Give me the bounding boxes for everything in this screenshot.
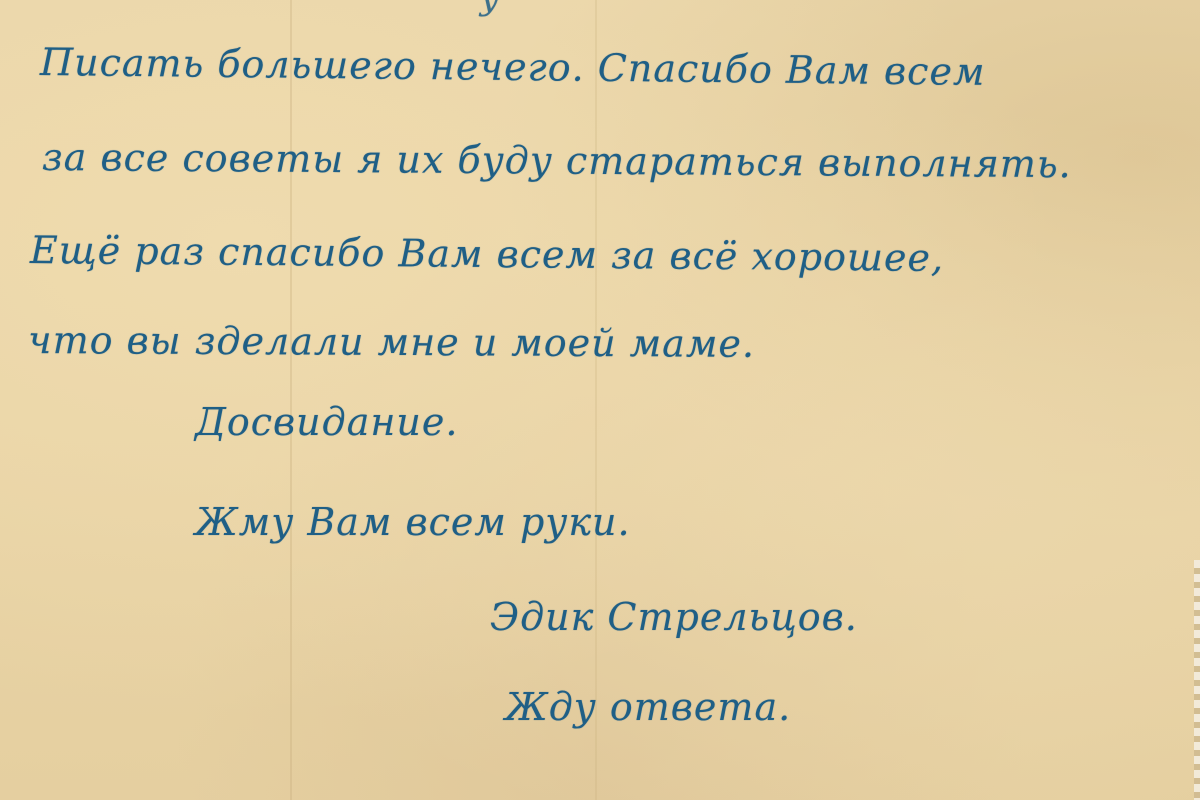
- perforated-edge: [1194, 560, 1200, 800]
- letter-line-1: Писать большего нечего. Спасибо Вам всем: [40, 40, 986, 94]
- farewell-line: Досвидание.: [195, 400, 458, 444]
- letter-line-2: за все советы я их буду стараться выполн…: [42, 135, 1072, 186]
- signature: Эдик Стрельцов.: [490, 595, 858, 639]
- cut-off-text-fragment: у: [480, 0, 501, 18]
- letter-line-4: что вы зделали мне и моей маме.: [28, 318, 755, 366]
- letter-paper: у Писать большего нечего. Спасибо Вам вс…: [0, 0, 1200, 800]
- letter-line-3: Ещё раз спасибо Вам всем за всё хорошее,: [30, 228, 944, 280]
- paper-fold-crease: [595, 0, 597, 800]
- postscript-line: Жду ответа.: [505, 685, 791, 729]
- regards-line: Жму Вам всем руки.: [195, 500, 631, 544]
